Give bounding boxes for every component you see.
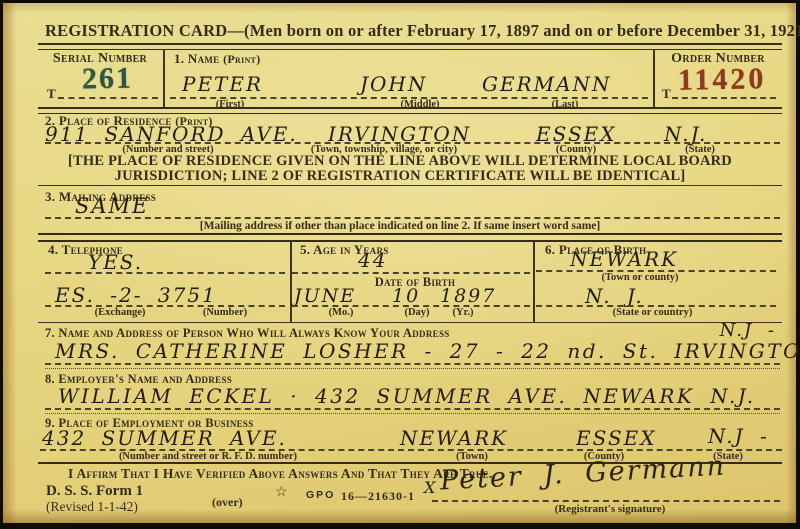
header-divider [38,43,782,50]
dob-year-value: 1897 [440,285,496,307]
birth-town-value: NEWARK [570,247,678,271]
contact-line [45,363,780,365]
name-order-divider [653,49,655,107]
telephone-yes-value: YES. [88,250,143,274]
form-revision: (Revised 1-1-42) [46,499,138,515]
telephone-number-value: ES. -2- 3751 [55,283,217,307]
age-birth-divider [533,240,535,322]
jurisdiction-notice-line2: JURISDICTION; LINE 2 OF REGISTRATION CER… [0,168,800,185]
dob-day-value: 10 [392,285,420,307]
year-sublabel: (Yr.) [428,307,498,318]
employer-value: WILLIAM ECKEL · 432 SUMMER AVE. NEWARK N… [58,384,756,408]
mailing-hint: [Mailing address if other than place ind… [0,220,800,232]
order-number-value: 11420 [678,62,767,98]
serial-number-value: 261 [82,62,134,97]
gpo-mark: GPO [306,489,335,501]
name-first-value: PETER [182,72,263,96]
dob-month-value: JUNE [294,285,356,307]
contact-line2 [45,368,780,369]
employment-street-sublabel: (Number and street or R. F. D. number) [108,451,308,462]
order-number-line [672,97,776,99]
birth-state-sublabel: (State or country) [585,307,720,318]
employer-line [45,408,780,410]
contact-value: MRS. CATHERINE LOSHER - 27 - 22 nd. St. … [55,339,800,363]
star-icon: ☆ [275,484,288,501]
card-header: REGISTRATION CARD—(Men born on or after … [45,21,800,41]
name-last-value: GERMANN [482,72,612,96]
telephone-line1 [45,272,285,274]
employment-town-value: NEWARK [400,426,508,450]
card-title: REGISTRATION CARD [45,21,227,40]
serial-number-line [58,97,158,99]
employment-county-value: ESSEX [576,426,657,450]
employer-line2 [45,413,780,414]
print-code: 16—21630-1 [341,489,415,504]
month-sublabel: (Mo.) [306,307,376,318]
name-label-text: 1. Name [174,51,220,66]
exchange-sublabel: (Exchange) [70,307,170,318]
employment-town-sublabel: (Town) [422,451,522,462]
row2-divider [38,185,782,186]
name-label: 1. Name (Print) [174,51,261,67]
number-sublabel: (Number) [175,307,275,318]
row456-divider [38,322,782,323]
signature-x-mark: X [424,478,437,497]
order-number-prefix: T [662,86,671,102]
age-value: 44 [358,248,387,272]
card-subtitle: —(Men born on or after February 17, 1897… [227,21,800,40]
row3-divider [38,233,782,242]
name-middle-value: JOHN [360,72,427,96]
age-line [292,272,530,274]
over-note: (over) [212,495,243,510]
signature-line [432,500,780,502]
mailing-value: SAME [75,194,149,218]
name-label-paren: (Print) [223,52,260,66]
serial-name-divider [163,49,165,107]
mailing-line [45,217,780,219]
registration-card-scan: REGISTRATION CARD—(Men born on or after … [0,0,800,529]
employment-street-value: 432 SUMMER AVE. [42,426,287,450]
telephone-age-divider [290,240,292,322]
form-name: D. S. S. Form 1 [46,483,143,500]
serial-number-prefix: T [47,86,56,102]
employment-state-value: N.J - [708,424,769,448]
birth-town-sublabel: (Town or county) [580,272,700,283]
contact-corner-note: N.J - [720,320,776,341]
signature-sublabel: (Registrant's signature) [535,503,685,515]
